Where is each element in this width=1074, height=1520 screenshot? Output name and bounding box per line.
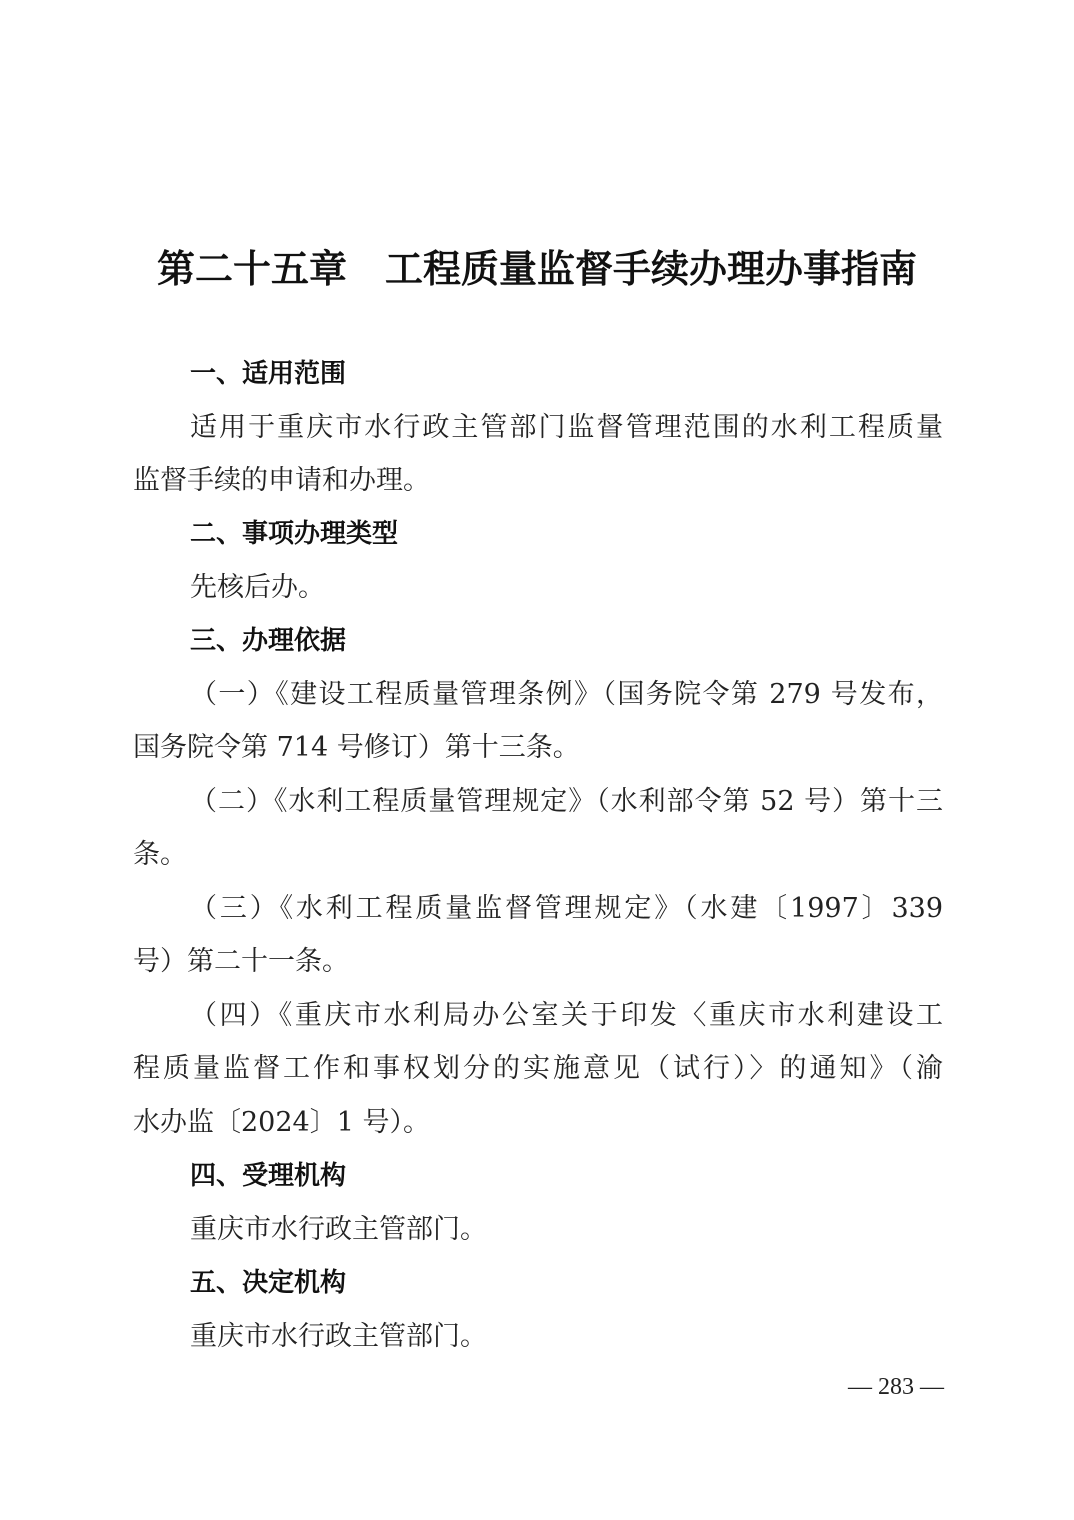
document-page: 第二十五章工程质量监督手续办理办事指南 一、适用范围 适用于重庆市水行政主管部门… [0,0,1074,1520]
chapter-name: 工程质量监督手续办理办事指南 [385,246,917,291]
section-heading-type: 二、事项办理类型 [190,514,398,554]
basis-item-line: （二）《水利工程质量管理规定》（水利部令第 52 号）第十三 [190,782,943,822]
paragraph-line: 重庆市水行政主管部门。 [190,1210,943,1250]
chapter-number: 第二十五章 [157,246,347,291]
paragraph-line: 先核后办。 [190,568,943,608]
basis-item-line: 国务院令第 714 号修订）第十三条。 [133,728,943,768]
section-heading-basis: 三、办理依据 [190,621,346,661]
section-heading-scope: 一、适用范围 [190,354,346,394]
basis-item-line: 水办监〔2024〕1 号）。 [133,1103,943,1143]
basis-item-line: （四）《重庆市水利局办公室关于印发〈重庆市水利建设工 [190,996,943,1036]
paragraph-line: 重庆市水行政主管部门。 [190,1317,943,1357]
paragraph-line: 适用于重庆市水行政主管部门监督管理范围的水利工程质量 [190,408,943,448]
section-heading-deciding-agency: 五、决定机构 [190,1263,346,1303]
paragraph-line: 监督手续的申请和办理。 [133,461,943,501]
chapter-title: 第二十五章工程质量监督手续办理办事指南 [0,238,1074,293]
section-heading-accepting-agency: 四、受理机构 [190,1156,346,1196]
basis-item-line: （三）《水利工程质量监督管理规定》（水建〔1997〕339 [190,889,943,929]
page-number: — 283 — [848,1370,944,1404]
basis-item-line: 条。 [133,835,943,875]
basis-item-line: 号）第二十一条。 [133,942,943,982]
basis-item-line: （一）《建设工程质量管理条例》（国务院令第 279 号发布， [190,675,943,715]
basis-item-line: 程质量监督工作和事权划分的实施意见（试行）〉的通知》（渝 [133,1049,943,1089]
